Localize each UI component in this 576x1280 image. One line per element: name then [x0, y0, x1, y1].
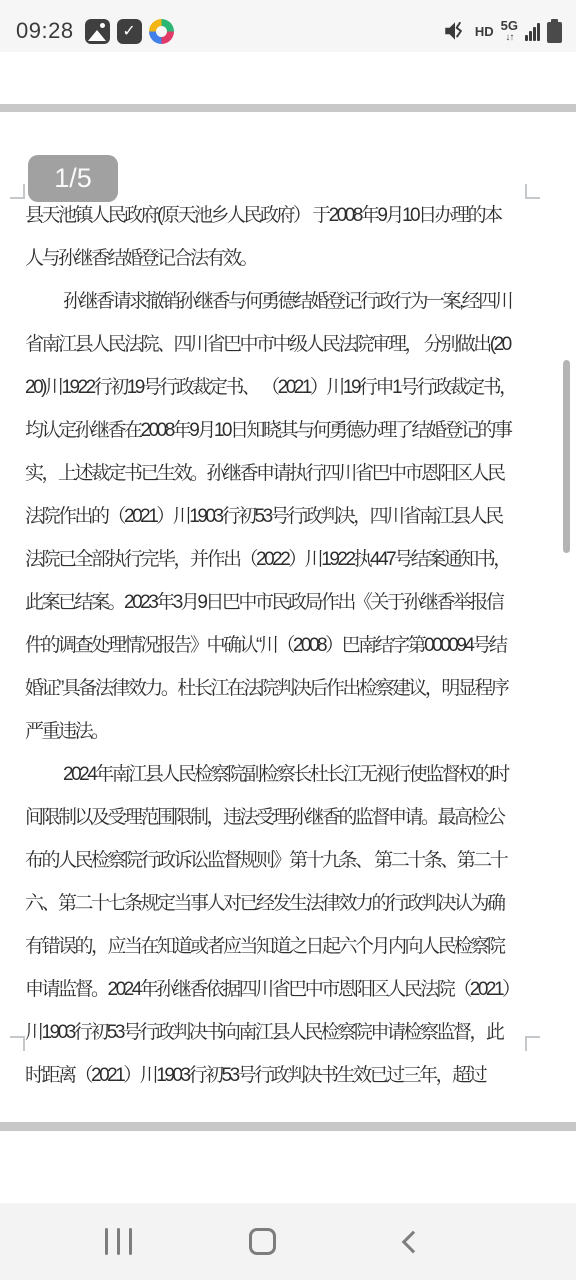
crop-corner-bottom-left	[10, 1036, 25, 1051]
mute-vibrate-icon	[442, 18, 468, 44]
data-arrows-icon: ↓↑	[505, 33, 513, 43]
network-5g-label: 5G	[501, 19, 518, 32]
phone-screen: 09:28 ✓ HD 5G ↓↑ 1/5	[0, 0, 576, 1280]
document-paragraph: 孙继香请求撤销孙继香与何勇德结婚登记行政行为一案,经四川省南江县人民法院、四川省…	[25, 280, 517, 753]
signal-strength-icon	[525, 22, 540, 41]
crop-corner-bottom-right	[525, 1036, 540, 1051]
home-icon	[249, 1228, 276, 1255]
photo-dot-glyph	[100, 23, 105, 28]
crop-corner-top-right	[525, 184, 540, 199]
document-viewer[interactable]: 1/5 县天池镇人民政府(原天池乡人民政府） 于2008年9月10日办理的本人与…	[0, 112, 576, 1122]
document-paragraph: 县天池镇人民政府(原天池乡人民政府） 于2008年9月10日办理的本人与孙继香结…	[25, 194, 517, 280]
hd-indicator: HD	[475, 24, 494, 39]
recents-button[interactable]	[82, 1203, 154, 1280]
status-bar-left: 09:28 ✓	[16, 18, 174, 44]
crop-corner-top-left	[10, 184, 25, 199]
status-bar-right: HD 5G ↓↑	[442, 18, 562, 44]
mountain-glyph	[88, 30, 106, 41]
gallery-notification-icon	[85, 19, 110, 44]
document-text: 县天池镇人民政府(原天池乡人民政府） 于2008年9月10日办理的本人与孙继香结…	[25, 194, 517, 1097]
navigation-bar	[0, 1203, 576, 1280]
recents-icon	[105, 1228, 132, 1255]
check-notification-icon: ✓	[117, 19, 142, 44]
scrollbar-thumb[interactable]	[563, 360, 570, 553]
back-button[interactable]	[374, 1203, 446, 1280]
photo-bottom-edge	[0, 1122, 576, 1131]
battery-icon	[547, 19, 562, 43]
home-button[interactable]	[226, 1203, 298, 1280]
network-type-indicator: 5G ↓↑	[501, 19, 518, 43]
status-bar: 09:28 ✓ HD 5G ↓↑	[0, 0, 576, 52]
document-paragraph: 2024年南江县人民检察院副检察长杜长江无视行使监督权的时间限制以及受理范围限制…	[25, 753, 517, 1097]
back-chevron-icon	[402, 1230, 425, 1253]
pinwheel-app-icon	[149, 19, 174, 44]
clock: 09:28	[16, 18, 74, 44]
photo-top-edge	[0, 104, 576, 112]
